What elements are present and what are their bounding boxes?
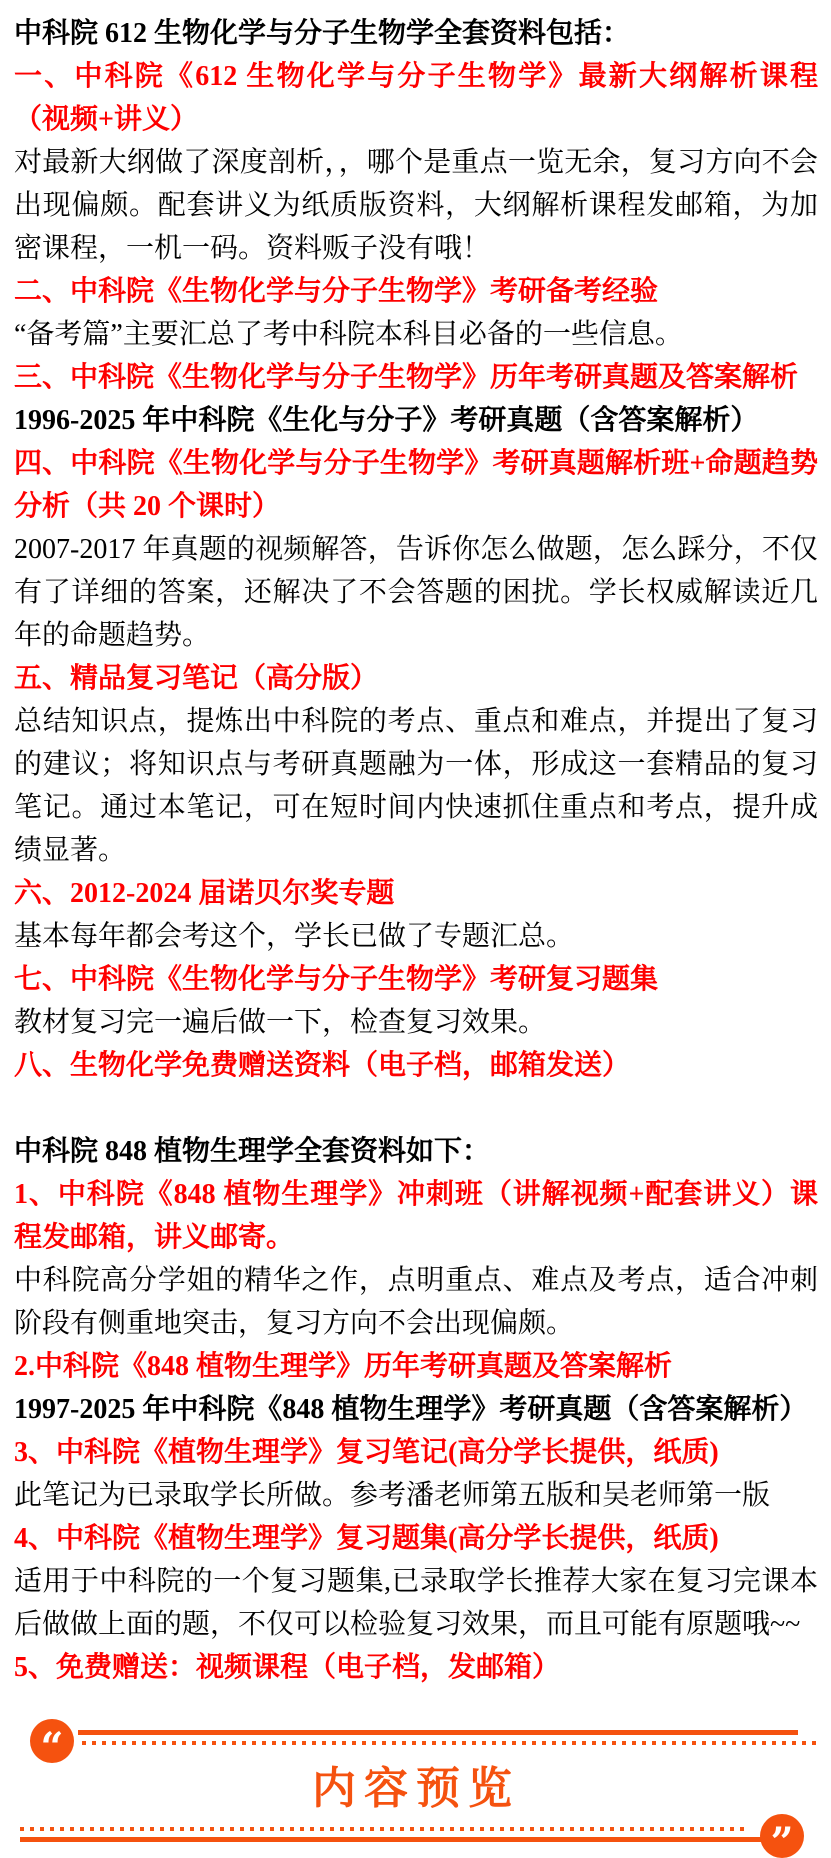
section-848-title: 中科院 848 植物生理学全套资料如下： [14, 1130, 818, 1173]
paragraph-emphasis: 1996-2025 年中科院《生化与分子》考研真题（含答案解析） [14, 399, 818, 442]
paragraph: “备考篇”主要汇总了考中科院本科目必备的一些信息。 [14, 313, 818, 356]
section-heading-848-4: 4、中科院《植物生理学》复习题集(高分学长提供，纸质) [14, 1517, 818, 1560]
section-heading-848-5: 5、免费赠送：视频课程（电子档，发邮箱） [14, 1646, 818, 1689]
materials-document: 中科院 612 生物化学与分子生物学全套资料包括： 一、中科院《612 生物化学… [0, 0, 831, 1858]
section-heading-848-2: 2.中科院《848 植物生理学》历年考研真题及答案解析 [14, 1345, 818, 1388]
section-heading-848-3: 3、中科院《植物生理学》复习笔记(高分学长提供，纸质) [14, 1431, 818, 1474]
section-heading-7: 七、中科院《生物化学与分子生物学》考研复习题集 [14, 958, 818, 1001]
paragraph: 教材复习完一遍后做一下，检查复习效果。 [14, 1001, 818, 1044]
banner-dotted-line [20, 1827, 748, 1831]
banner-top-rule: “ [14, 1719, 818, 1763]
banner-solid-line [20, 1837, 770, 1842]
banner-solid-line [78, 1730, 798, 1735]
section-heading-2: 二、中科院《生物化学与分子生物学》考研备考经验 [14, 270, 818, 313]
paragraph: 总结知识点，提炼出中科院的考点、重点和难点，并提出了复习的建议；将知识点与考研真… [14, 700, 818, 872]
section-heading-1: 一、中科院《612 生物化学与分子生物学》最新大纲解析课程（视频+讲义） [14, 55, 818, 141]
section-divider-space [14, 1087, 818, 1130]
close-quote-icon: ” [760, 1814, 804, 1858]
section-heading-8: 八、生物化学免费赠送资料（电子档，邮箱发送） [14, 1044, 818, 1087]
section-heading-848-1: 1、中科院《848 植物生理学》冲刺班（讲解视频+配套讲义）课程发邮箱，讲义邮寄… [14, 1173, 818, 1259]
section-612-title: 中科院 612 生物化学与分子生物学全套资料包括： [14, 12, 818, 55]
paragraph: 对最新大纲做了深度剖析，，哪个是重点一览无余，复习方向不会出现偏颇。配套讲义为纸… [14, 141, 818, 270]
section-heading-4: 四、中科院《生物化学与分子生物学》考研真题解析班+命题趋势分析（共 20 个课时… [14, 442, 818, 528]
section-heading-6: 六、2012-2024 届诺贝尔奖专题 [14, 872, 818, 915]
paragraph: 2007-2017 年真题的视频解答，告诉你怎么做题，怎么踩分，不仅有了详细的答… [14, 528, 818, 657]
paragraph: 中科院高分学姐的精华之作，点明重点、难点及考点，适合冲刺阶段有侧重地突击，复习方… [14, 1259, 818, 1345]
document-page: { "colors": { "heading_red": "#fe0000", … [0, 0, 831, 1858]
paragraph: 基本每年都会考这个，学长已做了专题汇总。 [14, 915, 818, 958]
banner-dotted-line [82, 1741, 818, 1745]
content-preview-title: 内容预览 [14, 1764, 818, 1814]
section-heading-5: 五、精品复习笔记（高分版） [14, 657, 818, 700]
paragraph-emphasis: 1997-2025 年中科院《848 植物生理学》考研真题（含答案解析） [14, 1388, 818, 1431]
open-quote-icon: “ [30, 1719, 74, 1763]
content-preview-banner: “ 内容预览 ” [14, 1719, 818, 1858]
paragraph: 适用于中科院的一个复习题集,已录取学长推荐大家在复习完课本后做做上面的题，不仅可… [14, 1560, 818, 1646]
banner-bottom-rule: ” [14, 1814, 818, 1858]
paragraph: 此笔记为已录取学长所做。参考潘老师第五版和吴老师第一版 [14, 1474, 818, 1517]
section-heading-3: 三、中科院《生物化学与分子生物学》历年考研真题及答案解析 [14, 356, 818, 399]
